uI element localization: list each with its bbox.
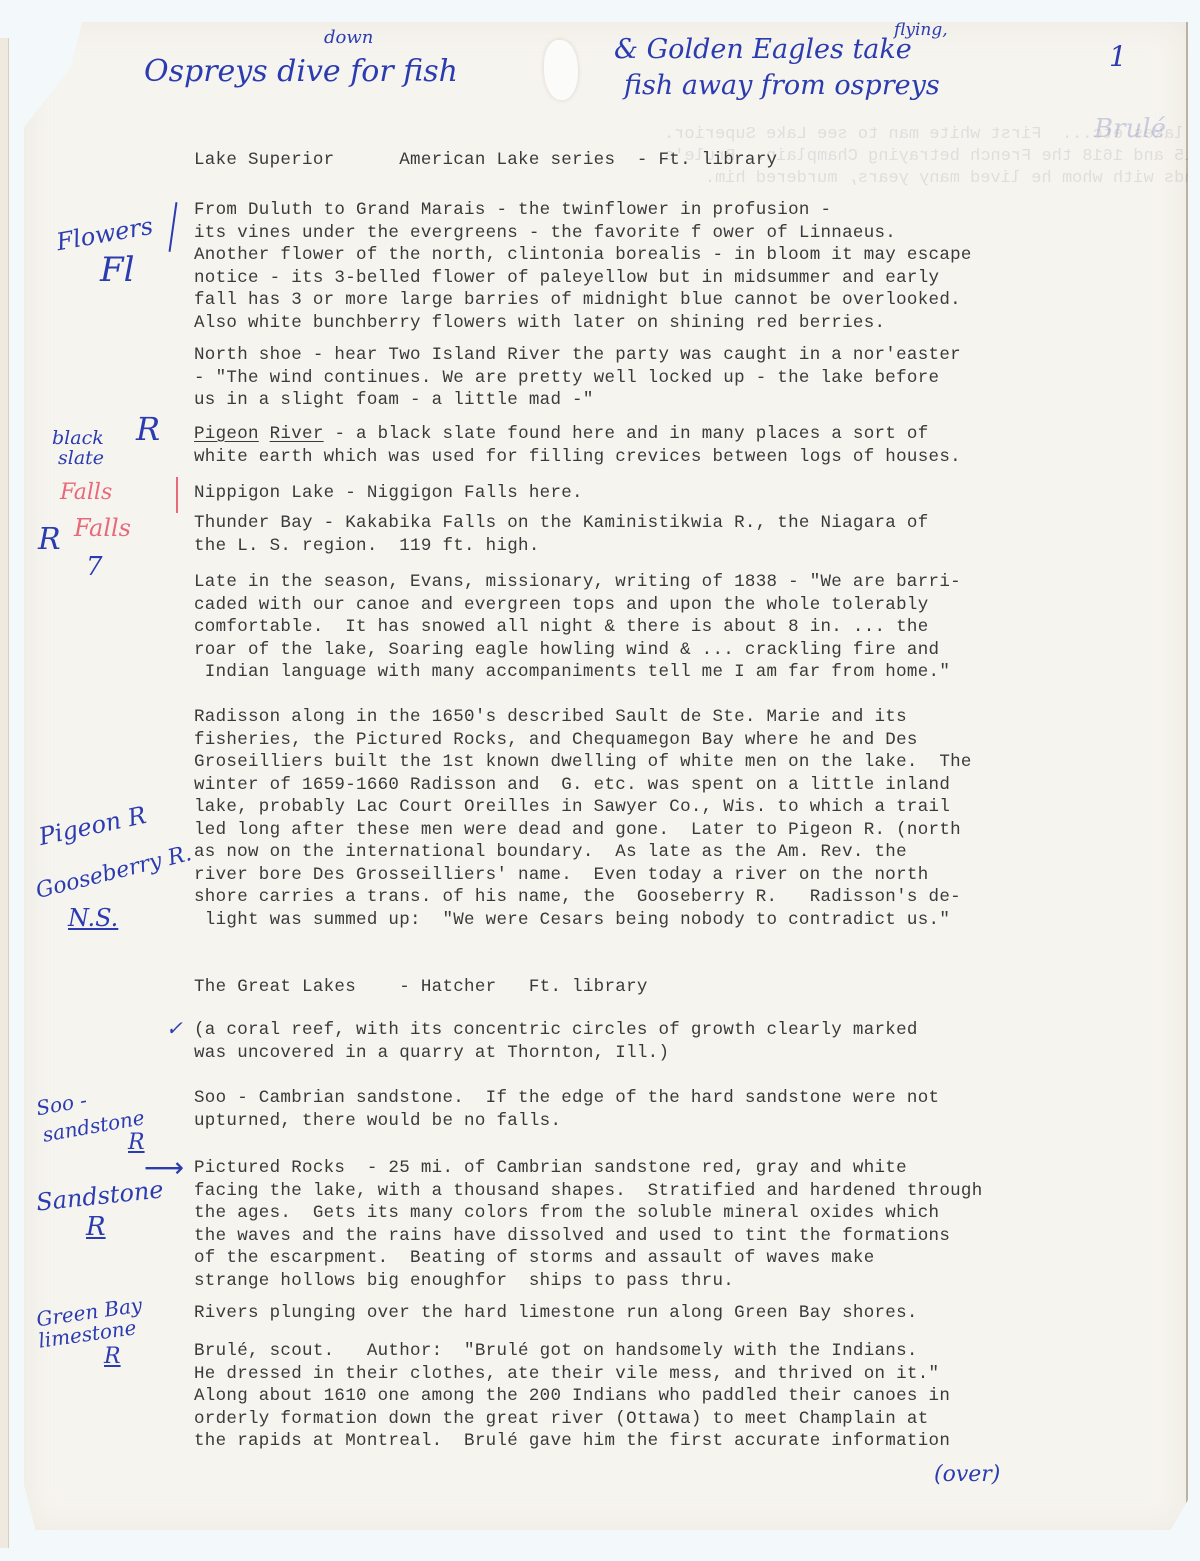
margin-note-pigeon: Pigeon R xyxy=(36,801,148,851)
checkmark-icon: ✓ xyxy=(166,1016,183,1040)
paragraph-coral-reef: (a coral reef, with its concentric circl… xyxy=(194,1019,918,1064)
faint-margin-note: Brulé xyxy=(1094,114,1166,144)
paragraph-brule: Brulé, scout. Author: "Brulé got on hand… xyxy=(194,1340,950,1453)
margin-note-r: R xyxy=(136,410,160,448)
paragraph-soo: Soo - Cambrian sandstone. If the edge of… xyxy=(194,1087,939,1132)
margin-note-slate: slate xyxy=(58,447,104,469)
handwritten-insert-flying: flying, xyxy=(894,20,948,40)
paragraph-thunder-bay: Thunder Bay - Kakabika Falls on the Kami… xyxy=(194,512,929,557)
paragraph-nippigon: Nippigon Lake - Niggigon Falls here. xyxy=(194,482,583,505)
page-number: 1 xyxy=(1109,40,1127,73)
paragraph-evans: Late in the season, Evans, missionary, w… xyxy=(194,571,961,684)
margin-note-north-shore: N.S. xyxy=(68,904,118,932)
paragraph-radisson: Radisson along in the 1650's described S… xyxy=(194,706,972,931)
margin-note-soo-r: R xyxy=(128,1130,145,1155)
margin-note-green-bay-r: R xyxy=(104,1344,121,1369)
previous-page-edge xyxy=(0,38,9,1548)
paragraph-pictured-rocks: Pictured Rocks - 25 mi. of Cambrian sand… xyxy=(194,1157,983,1292)
paper-tear xyxy=(544,40,578,100)
paragraph-pigeon-river: Pigeon River - a black slate found here … xyxy=(194,423,961,468)
margin-note-r-mark: R xyxy=(38,522,61,557)
section-heading-lake-superior: Lake Superior American Lake series - Ft.… xyxy=(194,149,777,172)
margin-note-black: black xyxy=(52,427,104,449)
margin-bracket xyxy=(169,202,178,252)
margin-note-sandstone: Sandstone xyxy=(35,1175,165,1216)
margin-note-fl: Fl xyxy=(100,250,134,290)
margin-note-seven: 7 xyxy=(86,552,103,582)
paragraph-north-shore: North shoe - hear Two Island River the p… xyxy=(194,344,961,412)
red-margin-bracket xyxy=(176,477,178,513)
handwritten-note-eagles-2: fish away from ospreys xyxy=(624,70,940,101)
margin-note-sandstone-r: R xyxy=(86,1212,106,1242)
typewritten-page: on rivers, lakes etc... First white man … xyxy=(24,22,1188,1530)
paragraph-green-bay: Rivers plunging over the hard limestone … xyxy=(194,1302,918,1325)
continuation-note: (over) xyxy=(934,1462,1000,1487)
handwritten-insert-down: down xyxy=(324,27,373,48)
paragraph-duluth: From Duluth to Grand Marais - the twinfl… xyxy=(194,199,972,334)
margin-note-gooseberry: Gooseberry R. xyxy=(33,841,194,904)
handwritten-note-eagles-1: & Golden Eagles take xyxy=(614,34,912,65)
section-heading-great-lakes: The Great Lakes - Hatcher Ft. library xyxy=(194,976,648,999)
margin-note-falls-red: Falls xyxy=(60,480,112,505)
margin-note-falls-red-2: Falls xyxy=(74,514,131,542)
handwritten-note-ospreys: Ospreys dive for fish xyxy=(144,54,458,89)
